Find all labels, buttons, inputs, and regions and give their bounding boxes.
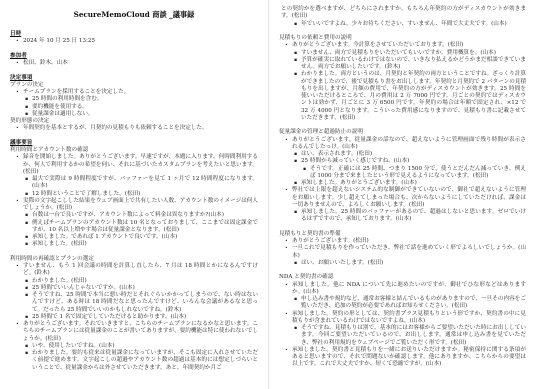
bullet-marker: • <box>16 321 23 328</box>
bullet-item: ▪最大で実際は 9 時間程度ですが、バッファーを見て 1 ヶ月で 12 時間程度… <box>25 176 258 191</box>
bullet-marker: ▪ <box>294 158 301 165</box>
bullet-item: ▪12 時間ということで了解しました。(松田) <box>25 191 258 198</box>
bullet-item: •松田、鈴木、山本 <box>16 60 258 67</box>
bullet-marker: • <box>16 198 23 205</box>
bullet-text: 25 時間から減っていく感じですね。(山本) <box>301 158 526 165</box>
bullet-item: •弊社では上限を超えないシステム的な制御ができていないので、御社で超えないように… <box>285 187 526 209</box>
bullet-marker: ▪ <box>294 57 301 64</box>
bullet-marker: ▪ <box>294 260 301 267</box>
document-canvas: SecureMemoCloud 商談 _議事録日時•2024 年 10 月 25… <box>0 0 536 389</box>
bullet-marker: • <box>16 125 23 132</box>
bullet-item: ▪従量課金は適用しない。 <box>25 111 258 118</box>
bullet-item: ▪台数は一台で良いですが、アカウント数によって料金は異なりますか?(山本) <box>25 212 258 219</box>
document-title: SecureMemoCloud 商談 _議事録 <box>10 10 258 19</box>
bullet-item: •年間契約を基本とするが、月契約の見積もりも依頼することを決定した。 <box>16 125 258 132</box>
bullet-marker: ▪ <box>25 176 32 183</box>
bullet-marker: • <box>285 245 292 252</box>
bullet-marker: • <box>16 263 23 270</box>
bullet-item: ▪わかりました。(松田) <box>25 278 258 285</box>
bullet-text: 要約機能を使用する。 <box>32 104 258 111</box>
bullet-text: わかりました。要約も従来は従量課金になっていますが、そこも固定に入れさせていただ… <box>32 350 258 372</box>
blank-line <box>279 28 526 35</box>
blank-line <box>10 46 258 53</box>
bullet-text: 予算が確実に取れているわけではないので、いきなり払えるかどうかまだ相談できていま… <box>301 57 526 72</box>
bullet-text: そうです。正確には 25 時間、つまり 1500 分で、使うとだんだん減っていき… <box>310 166 526 181</box>
bullet-text: 承知しました。(松田) <box>32 241 258 248</box>
bullet-marker: ▪ <box>294 21 301 28</box>
bullet-marker: • <box>285 187 292 194</box>
bullet-marker: ▪ <box>25 278 32 285</box>
bullet-marker: ▪ <box>25 241 32 248</box>
bullet-item: ▪25 時間の利用時間を含む。 <box>25 96 258 103</box>
bullet-marker: ▪ <box>25 292 32 299</box>
bullet-item: ▪予算が確実に取れているわけではないので、いきなり払えるかどうかまだ相談できてい… <box>294 57 526 72</box>
bullet-marker: • <box>285 42 292 49</box>
bullet-item: ▪わかりました。両方というのは、月契約と年契約の両方ということですね。ざっくり計… <box>294 71 526 122</box>
subsection-heading: NDA と契約書の確認 <box>279 274 526 281</box>
bullet-text: ありがとうございます。今計算をさせていただいております。(松田) <box>292 42 526 49</box>
bullet-text: そうですね、25 時間で本当に悪い時だとそれぐらいかかってしまうので、ない時はな… <box>32 292 258 314</box>
bullet-marker: • <box>285 137 292 144</box>
bullet-marker: • <box>16 38 23 45</box>
bullet-marker: ▪ <box>25 104 32 111</box>
bullet-item: ▪25 時間でいいんじゃないですか。(山本) <box>25 285 258 292</box>
bullet-item: ▪25 時間で 1 名で固定でしていただけると助かります。(山本) <box>25 314 258 321</box>
blank-line <box>279 224 526 231</box>
section-heading: 決定事項 <box>10 75 258 82</box>
bullet-item: •承知しました。契約の形としては、契約書プラス見積もりという形ですか、契約書の中… <box>285 311 526 326</box>
bullet-marker: ▪ <box>294 50 301 57</box>
bullet-item: ▪年でいいですよね。少々お待ちください、すいません、年間で大丈夫です。(山本) <box>294 21 526 28</box>
bullet-text: ありがとうございます。それでいきますと、こちらのチームプランになるかなと思います… <box>23 321 258 343</box>
bullet-marker: ▪ <box>25 350 32 357</box>
bullet-text: 台数は一台で良いですが、アカウント数によって料金は異なりますか?(山本) <box>32 212 258 219</box>
bullet-text: ありがとうございます。従量課金の話なので、超えないように管理画面で残り時間が表示… <box>292 137 526 152</box>
bullet-text: 承知しました。契約の形としては、契約書プラス見積もりという形ですか、契約書の中に… <box>292 311 526 326</box>
continuation-paragraph: との契約かを選べますが、どちらにされますか。もちろん年契約の方がディスカウントが… <box>281 6 526 21</box>
bullet-item: ▪申し込み書や規約など、通常お客様と結んでいるものがありますので、一旦その内容を… <box>294 296 526 311</box>
bullet-text: 承知しました。25 時間のバッファーがあるので、超過はしないと思います。ゼロでい… <box>301 209 526 224</box>
bullet-item: ▪はい、お願いいたします。(松田) <box>294 260 526 267</box>
bullet-item: ▪承知しました。25 時間のバッファーがあるので、超過はしないと思います。ゼロで… <box>294 209 526 224</box>
bullet-text: すいません、もう 1 回会議の時間を計算し直したら、7 月は 18 時間とかにな… <box>23 263 258 278</box>
bullet-text: 2024 年 10 月 25 日 13:25 <box>23 38 258 45</box>
bullet-item: ▪承知しました。(松田) <box>25 241 258 248</box>
bullet-marker: ▪ <box>25 96 32 103</box>
bullet-text: 実際の文字起こしした結果をウェブ画面上で共有したい人数、アカウント数のイメージは… <box>23 198 258 213</box>
bullet-marker: ▪ <box>25 343 32 350</box>
bullet-marker: ▪ <box>294 71 301 78</box>
bullet-item: •承知しました。契約書と見積もりを一緒にお送りいただけますか。秘密保持に関する条… <box>285 347 526 369</box>
bullet-item: •2024 年 10 月 25 日 13:25 <box>16 38 258 45</box>
bullet-item: •一旦これで見積もりを作っていただき、弊社で話を進めていく形でよろしいでしょうか… <box>285 245 526 260</box>
bullet-item: •ありがとうございます。従量課金の話なので、超えないように管理画面で残り時間が表… <box>285 137 526 152</box>
bullet-text: 承知しました。他に NDA について先に進めたいのですが、御社でひな形などはあり… <box>292 282 526 297</box>
subsection-heading: 利用時間の再確認とプランの選定 <box>10 256 258 263</box>
bullet-marker: ▪ <box>25 111 32 118</box>
bullet-text: はい、お願いいたします。(松田) <box>301 260 526 267</box>
bullet-text: そうですね、見積もりは別で、基本的にはお客様からご要望いただいた時にお出ししてい… <box>301 325 526 347</box>
bullet-marker: ▪ <box>303 166 310 173</box>
bullet-marker: ▪ <box>25 285 32 292</box>
bullet-marker: • <box>16 154 23 161</box>
bullet-item: •ありがとうございます。今計算をさせていただいております。(松田) <box>285 42 526 49</box>
bullet-item: •実際の文字起こしした結果をウェブ画面上で共有したい人数、アカウント数のイメージ… <box>16 198 258 213</box>
blank-line <box>10 249 258 256</box>
bullet-item: •すいません、もう 1 回会議の時間を計算し直したら、7 月は 18 時間とかに… <box>16 263 258 278</box>
blank-line <box>10 133 258 140</box>
bullet-item: •録音を開始しました。ありがとうございます。早速ですが、本題に入ります。何時間利… <box>16 154 258 176</box>
bullet-item: ▪そうですね、見積もりは別で、基本的にはお客様からご要望いただいた時にお出しして… <box>294 325 526 347</box>
bullet-text: 承知しました。契約書と見積もりを一緒にお送りいただけますか。秘密保持に関する条項… <box>292 347 526 369</box>
bullet-text: 弊社では上限を超えないシステム的な制御ができていないので、御社で超えないように管… <box>292 187 526 209</box>
bullet-marker: ▪ <box>25 314 32 321</box>
bullet-item: ▪わかりました。要約も従来は従量課金になっていますが、そこも固定に入れさせていた… <box>25 350 258 372</box>
bullet-marker: • <box>16 89 23 96</box>
section-heading: 議事要旨 <box>10 140 258 147</box>
bullet-text: わかりました。(松田) <box>32 278 258 285</box>
bullet-text: 申し込み書や規約など、通常お客様と結んでいるものがありますので、一旦その内容をご… <box>301 296 526 311</box>
bullet-text: 最大で実際は 9 時間程度ですが、バッファーを見て 1 ヶ月で 12 時間程度に… <box>32 176 258 191</box>
bullet-marker: ▪ <box>25 191 32 198</box>
bullet-marker: • <box>285 282 292 289</box>
bullet-text: 25 時間で 1 名で固定でしていただけると助かります。(山本) <box>32 314 258 321</box>
bullet-item: •ありがとうございます。それでいきますと、こちらのチームプランになるかなと思いま… <box>16 321 258 343</box>
bullet-marker: • <box>285 311 292 318</box>
bullet-marker: ▪ <box>25 234 32 241</box>
blank-line <box>10 67 258 74</box>
bullet-marker: • <box>285 238 292 245</box>
bullet-text: 25 時間の利用時間を含む。 <box>32 96 258 103</box>
bullet-text: いや、使用したいですね。(山本) <box>32 343 258 350</box>
page-left: SecureMemoCloud 商談 _議事録日時•2024 年 10 月 25… <box>0 0 268 389</box>
bullet-item: •承知しました。他に NDA について先に進めたいのですが、御社でひな形などはあ… <box>285 282 526 297</box>
bullet-marker: ▪ <box>25 212 32 219</box>
bullet-text: 例えばチームプランのアカウント数は 10 名となっておりまして、ここまでは固定課… <box>32 220 258 235</box>
bullet-text: 年でいいですよね。少々お待ちください、すいません、年間で大丈夫です。(山本) <box>301 21 526 28</box>
bullet-marker: • <box>285 347 292 354</box>
bullet-text: 一旦これで見積もりを作っていただき、弊社で話を進めていく形でよろしいでしょうか。… <box>292 245 526 260</box>
bullet-marker: ▪ <box>294 209 301 216</box>
bullet-item: ▪例えばチームプランのアカウント数は 10 名となっておりまして、ここまでは固定… <box>25 220 258 235</box>
subsection-heading: 従量課金の管理と超過防止の説明 <box>279 129 526 136</box>
bullet-marker: • <box>16 60 23 67</box>
bullet-text: 従量課金は適用しない。 <box>32 111 258 118</box>
bullet-item: ▪すいません、両方で見積もりをいただいてもいいですか、費用概算を。(山本) <box>294 50 526 57</box>
bullet-item: ▪要約機能を使用する。 <box>25 104 258 111</box>
bullet-marker: ▪ <box>25 220 32 227</box>
bullet-item: ▪そうです。正確には 25 時間、つまり 1500 分で、使うとだんだん減ってい… <box>303 166 526 181</box>
bullet-text: 25 時間でいいんじゃないですか。(山本) <box>32 285 258 292</box>
bullet-text: わかりました。両方というのは、月契約と年契約の両方ということですね。ざっくり計算… <box>301 71 526 122</box>
bullet-marker: ▪ <box>294 296 301 303</box>
bullet-marker: ▪ <box>294 325 301 332</box>
subsection-heading: プランの決定 <box>10 82 258 89</box>
subsection-heading: 見積もりと契約書の準備 <box>279 231 526 238</box>
page-right: との契約かを選べますが、どちらにされますか。もちろん年契約の方がディスカウントが… <box>269 0 536 389</box>
bullet-item: ▪いや、使用したいですね。(山本) <box>25 343 258 350</box>
bullet-item: ▪そうですね、25 時間で本当に悪い時だとそれぐらいかかってしまうので、ない時は… <box>25 292 258 314</box>
bullet-item: ▪25 時間から減っていく感じですね。(山本) <box>294 158 526 165</box>
bullet-text: 年間契約を基本とするが、月契約の見積もりも依頼することを決定した。 <box>23 125 258 132</box>
section-heading: 参加者 <box>10 53 258 60</box>
bullet-text: 12 時間ということで了解しました。(松田) <box>32 191 258 198</box>
bullet-text: 録音を開始しました。ありがとうございます。早速ですが、本題に入ります。何時間利用… <box>23 154 258 176</box>
bullet-text: すいません、両方で見積もりをいただいてもいいですか、費用概算を。(山本) <box>301 50 526 57</box>
bullet-marker: ▪ <box>294 151 301 158</box>
bullet-text: 松田、鈴木、山本 <box>23 60 258 67</box>
